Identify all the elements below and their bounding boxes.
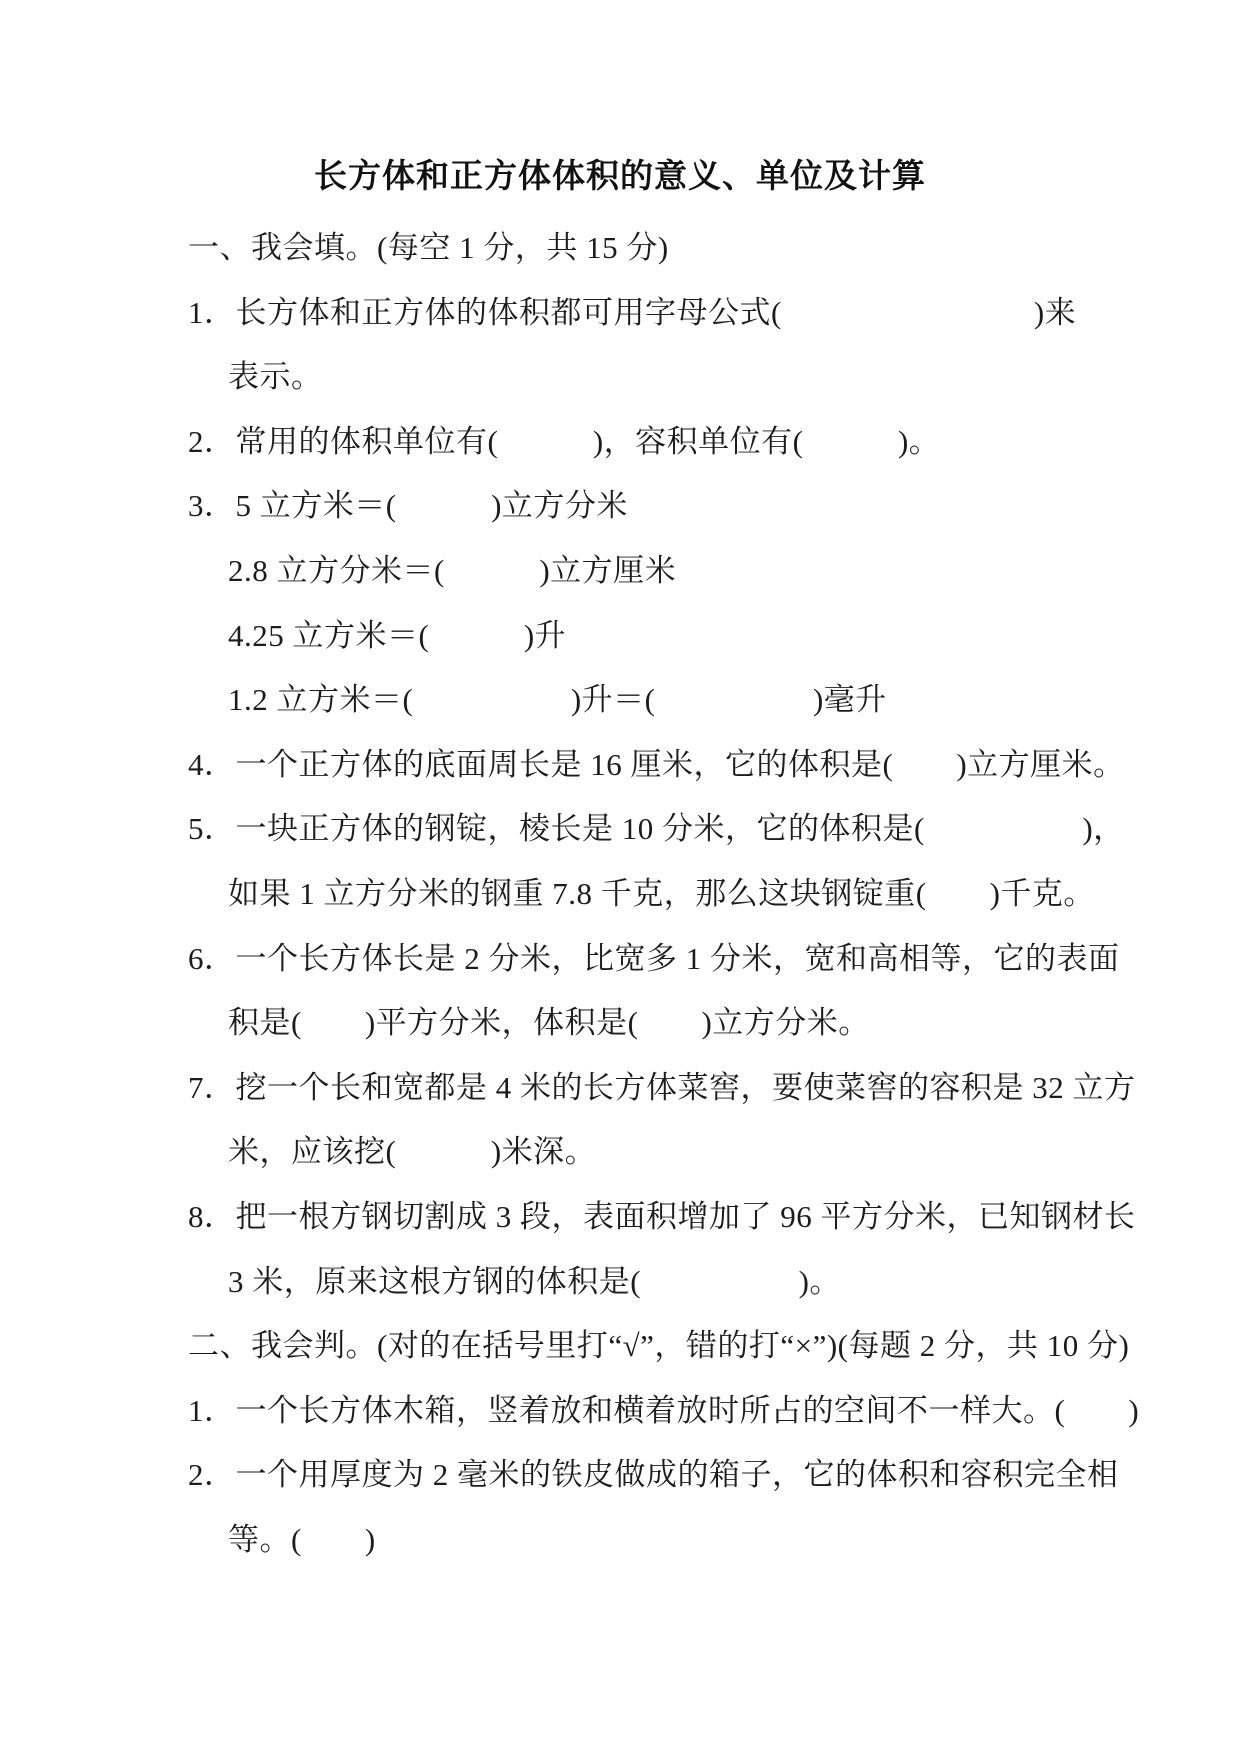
s2-q1-line: 1．一个长方体木箱，竖着放和横着放时所占的空间不一样大。( ) [188,1379,1088,1444]
s2-q2-line-2: 等。( ) [188,1508,1088,1573]
s1-q7-line-2: 米，应该挖( )米深。 [188,1120,1088,1185]
worksheet-body: 一、我会填。(每空 1 分，共 15 分) 1．长方体和正方体的体积都可用字母公… [188,216,1088,1572]
s1-q7-line-1: 7．挖一个长和宽都是 4 米的长方体菜窖，要使菜窖的容积是 32 立方 [188,1056,1088,1121]
s1-q4-line: 4．一个正方体的底面周长是 16 厘米，它的体积是( )立方厘米。 [188,733,1088,798]
s1-q1-line-2: 表示。 [188,345,1088,410]
s1-q3-line-3: 4.25 立方米＝( )升 [188,604,1088,669]
s1-q3-line-4: 1.2 立方米＝( )升＝( )毫升 [188,668,1088,733]
s1-q3-line-1: 3．5 立方米＝( )立方分米 [188,474,1088,539]
s1-q2-line: 2．常用的体积单位有( )，容积单位有( )。 [188,410,1088,475]
s1-q5-line-2: 如果 1 立方分米的钢重 7.8 千克，那么这块钢锭重( )千克。 [188,862,1088,927]
section-1-heading: 一、我会填。(每空 1 分，共 15 分) [188,216,1088,281]
section-2-heading: 二、我会判。(对的在括号里打“√”，错的打“×”)(每题 2 分，共 10 分) [188,1314,1088,1379]
s1-q6-line-1: 6．一个长方体长是 2 分米，比宽多 1 分米，宽和高相等，它的表面 [188,927,1088,992]
s1-q1-line-1: 1．长方体和正方体的体积都可用字母公式( )来 [188,281,1088,346]
page-title: 长方体和正方体体积的意义、单位及计算 [0,155,1240,197]
s1-q6-line-2: 积是( )平方分米，体积是( )立方分米。 [188,991,1088,1056]
worksheet-page: 长方体和正方体体积的意义、单位及计算 一、我会填。(每空 1 分，共 15 分)… [0,0,1240,1754]
s1-q8-line-2: 3 米，原来这根方钢的体积是( )。 [188,1250,1088,1315]
s1-q3-line-2: 2.8 立方分米＝( )立方厘米 [188,539,1088,604]
s1-q8-line-1: 8．把一根方钢切割成 3 段，表面积增加了 96 平方分米，已知钢材长 [188,1185,1088,1250]
s1-q5-line-1: 5．一块正方体的钢锭，棱长是 10 分米，它的体积是( )， [188,797,1088,862]
s2-q2-line-1: 2．一个用厚度为 2 毫米的铁皮做成的箱子，它的体积和容积完全相 [188,1443,1088,1508]
